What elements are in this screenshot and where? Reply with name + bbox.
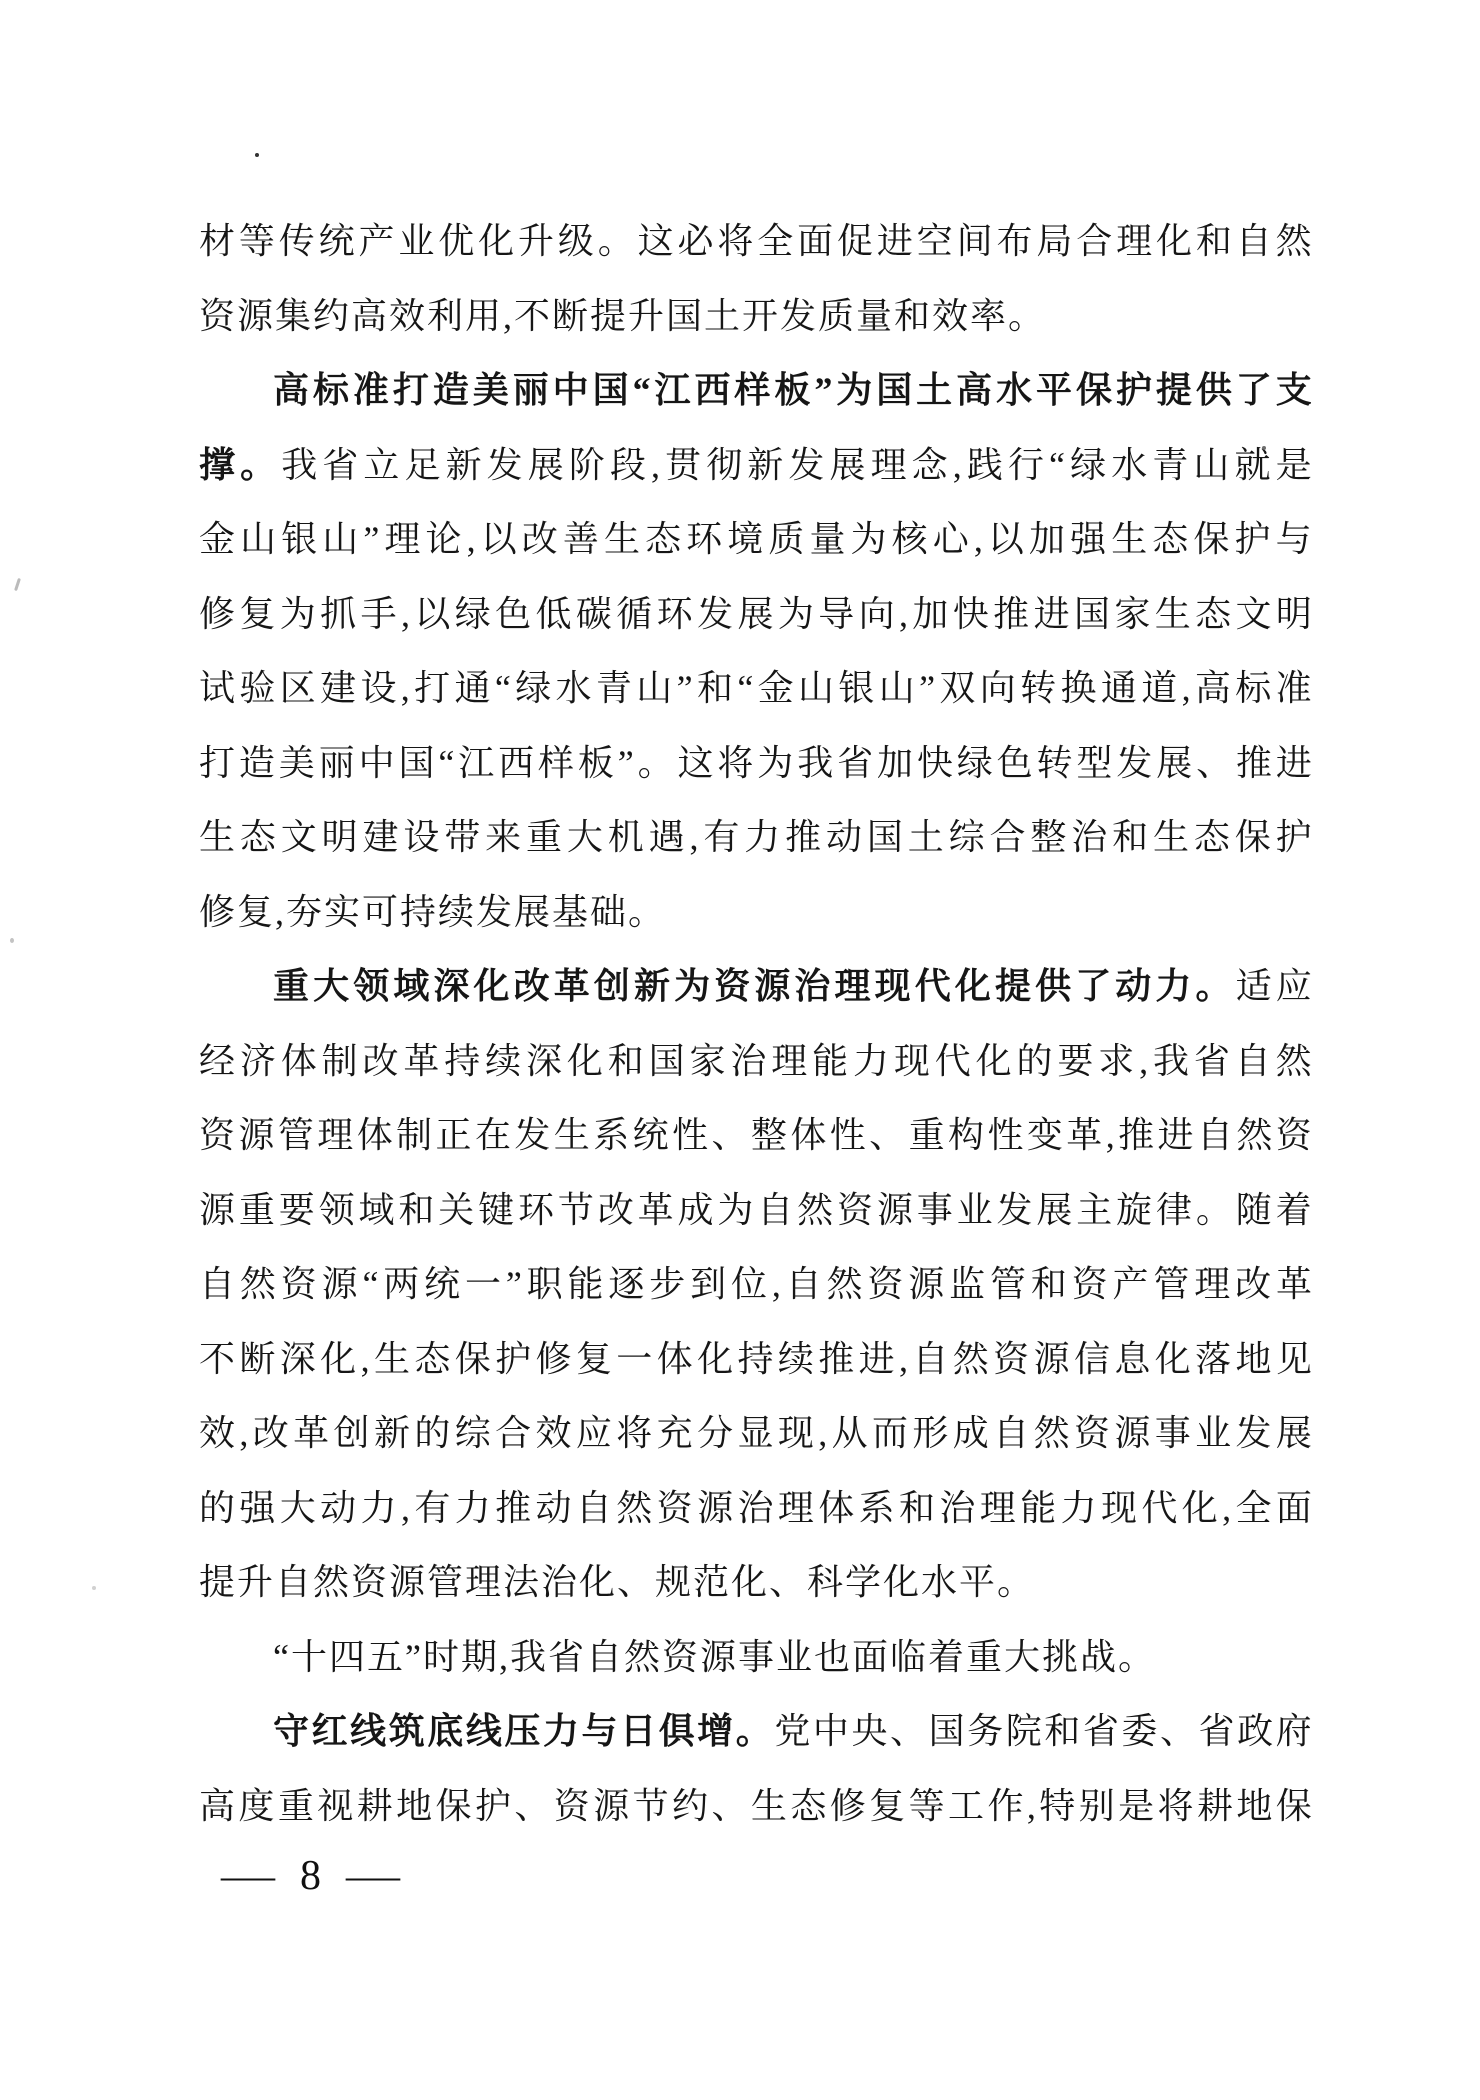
text-char: 。 — [638, 726, 674, 801]
text-char: 重 — [909, 1098, 945, 1173]
text-char: 源 — [199, 1173, 235, 1248]
text-char: 理 — [1194, 1247, 1230, 1322]
text-char: 源 — [1034, 1322, 1070, 1397]
text-char: 生 — [374, 1322, 410, 1397]
text-char: 生 — [1153, 800, 1189, 875]
text-char: 省 — [1083, 1694, 1119, 1769]
text-segment: “十四五”时期,我省自然资源事业也面临着重大挑战。 — [273, 1637, 1156, 1677]
bold-text-char: 治 — [794, 949, 830, 1024]
text-char: 核 — [892, 502, 928, 577]
bold-text-char: 美 — [473, 353, 509, 428]
text-char: 发 — [997, 1173, 1033, 1248]
bold-text-char: 大 — [313, 949, 349, 1024]
text-char: 态 — [1194, 800, 1230, 875]
text-char: 、 — [711, 1098, 747, 1173]
text-char: 自 — [912, 1322, 948, 1397]
text-char: 保 — [1193, 502, 1229, 577]
text-char: 加 — [1029, 502, 1065, 577]
text-char: 双 — [939, 651, 975, 726]
text-char: 省 — [1194, 1024, 1230, 1099]
text-char: 统 — [424, 1247, 460, 1322]
text-char: 善 — [563, 502, 599, 577]
text-char: 银 — [281, 502, 317, 577]
text-char: 资 — [199, 1098, 235, 1173]
scan-speck — [10, 938, 14, 943]
text-char: 推 — [495, 1471, 531, 1546]
text-char: 道 — [1141, 651, 1177, 726]
text-char: 改 — [598, 1173, 634, 1248]
text-char: 推 — [993, 577, 1029, 652]
text-char: 资 — [1276, 1098, 1312, 1173]
text-char: 论 — [426, 502, 462, 577]
text-char: 态 — [645, 502, 681, 577]
document-line: 高标准打造美丽中国“江西样板”为国土高水平保护提供了支 — [199, 353, 1312, 428]
text-char: 资 — [1072, 1247, 1108, 1322]
text-char: 以 — [414, 577, 450, 652]
text-char: 。 — [1196, 1173, 1232, 1248]
text-char: 作 — [987, 1769, 1023, 1844]
text-char: 大 — [567, 800, 603, 875]
text-char: 我 — [797, 726, 833, 801]
text-char: 两 — [383, 1247, 419, 1322]
bold-text-char: 标 — [313, 353, 349, 428]
document-line: 的强大动力,有力推动自然资源治理体系和治理能力现代化,全面 — [199, 1471, 1312, 1546]
text-char: 以 — [481, 502, 517, 577]
text-char: 动 — [826, 800, 862, 875]
bold-text-char: 日 — [620, 1694, 656, 1769]
text-char: 特 — [1039, 1769, 1075, 1844]
text-char: 治 — [939, 1471, 975, 1546]
text-char: 源 — [908, 1247, 944, 1322]
text-char: , — [467, 502, 476, 577]
text-char: 统 — [633, 1098, 669, 1173]
document-line: 源重要领域和关键环节改革成为自然资源事业发展主旋律。随着 — [199, 1173, 1312, 1248]
text-char: 化 — [320, 1322, 356, 1397]
text-char: 创 — [334, 1396, 370, 1471]
text-char: 政 — [1237, 1694, 1273, 1769]
text-char: 推 — [1118, 1098, 1154, 1173]
text-char: 而 — [872, 1396, 908, 1471]
text-char: 别 — [1079, 1769, 1115, 1844]
text-char: 向 — [980, 651, 1016, 726]
text-char: 省 — [1199, 1694, 1235, 1769]
text-char: 持 — [737, 1322, 773, 1397]
text-char: 性 — [672, 1098, 708, 1173]
text-char: 遇 — [649, 800, 685, 875]
bold-text-char: 土 — [916, 353, 952, 428]
text-char: 推 — [785, 800, 821, 875]
text-char: 系 — [859, 1471, 895, 1546]
text-char: 节 — [558, 1173, 594, 1248]
bold-text-char: 护 — [1116, 353, 1152, 428]
bold-text-char: 平 — [1036, 353, 1072, 428]
text-char: 为 — [851, 502, 887, 577]
text-char: 建 — [363, 800, 399, 875]
text-char: 务 — [967, 1694, 1003, 1769]
text-char: 绿 — [957, 726, 993, 801]
text-char: 设 — [360, 651, 396, 726]
text-char: 这 — [678, 726, 714, 801]
text-char: 传 — [279, 204, 315, 279]
text-char: 足 — [404, 428, 440, 503]
text-char: 院 — [1006, 1694, 1042, 1769]
text-char: 态 — [240, 800, 276, 875]
text-char: , — [690, 800, 699, 875]
text-char: 职 — [527, 1247, 563, 1322]
text-char: 治 — [737, 1471, 773, 1546]
text-char: ” — [618, 726, 634, 801]
text-char: 业 — [957, 1173, 993, 1248]
text-char: 度 — [238, 1769, 274, 1844]
text-char: “ — [737, 651, 753, 726]
text-char: 息 — [1114, 1322, 1150, 1397]
text-char: 动 — [536, 1471, 572, 1546]
text-char: 低 — [536, 577, 572, 652]
text-char: 山 — [322, 502, 358, 577]
bold-text-char: 源 — [754, 949, 790, 1024]
text-char: 耕 — [1197, 1769, 1233, 1844]
text-char: 生 — [199, 800, 235, 875]
text-char: 理 — [1116, 204, 1152, 279]
text-char: 在 — [475, 1098, 511, 1173]
text-char: 全 — [757, 204, 793, 279]
text-char: 续 — [778, 1322, 814, 1397]
text-char: 我 — [281, 428, 317, 503]
text-char: 护 — [475, 1769, 511, 1844]
text-char: 快 — [953, 577, 989, 652]
text-char: 制 — [322, 1024, 358, 1099]
text-char: 丽 — [319, 726, 355, 801]
text-char: 理 — [778, 1471, 814, 1546]
text-char: 和 — [608, 1024, 644, 1099]
text-char: 彻 — [706, 428, 742, 503]
bold-text-char: 水 — [996, 353, 1032, 428]
bold-text-char: 化 — [474, 949, 510, 1024]
bold-text-char: 筑 — [389, 1694, 425, 1769]
text-char: 阶 — [569, 428, 605, 503]
text-char: 理 — [771, 1024, 807, 1099]
text-char: 和 — [1112, 800, 1148, 875]
text-char: 家 — [1114, 577, 1150, 652]
text-char: 监 — [949, 1247, 985, 1322]
bold-text-char: 供 — [1196, 353, 1232, 428]
text-char: 修 — [199, 577, 235, 652]
bold-text-char: 撑 — [199, 428, 235, 503]
text-char: 然 — [1276, 204, 1312, 279]
text-char: 成 — [953, 1396, 989, 1471]
text-char: 来 — [485, 800, 521, 875]
text-char: 改 — [1235, 1247, 1271, 1322]
text-char: 发 — [788, 428, 824, 503]
bold-text-char: 保 — [1076, 353, 1112, 428]
bold-text-char: 增 — [697, 1694, 733, 1769]
bold-text-char: 创 — [594, 949, 630, 1024]
text-char: 江 — [458, 726, 494, 801]
bold-text-char: 俱 — [659, 1694, 695, 1769]
bold-text-char: 动 — [1115, 949, 1151, 1024]
text-char: 自 — [1236, 204, 1272, 279]
text-char: 展 — [1276, 1396, 1312, 1471]
bold-text-char: 了 — [1236, 353, 1272, 428]
text-char: 展 — [829, 428, 865, 503]
text-char: 局 — [1036, 204, 1072, 279]
text-char: 源 — [877, 1173, 913, 1248]
text-char: 重 — [278, 1769, 314, 1844]
text-char: 和 — [899, 1471, 935, 1546]
text-char: 金 — [758, 651, 794, 726]
text-char: 机 — [608, 800, 644, 875]
text-char: 山 — [1193, 428, 1229, 503]
text-char: 性 — [987, 1098, 1023, 1173]
text-char: 银 — [838, 651, 874, 726]
text-char: 文 — [281, 800, 317, 875]
text-char: 键 — [478, 1173, 514, 1248]
text-char: 国 — [649, 1024, 685, 1099]
text-char: 水 — [556, 651, 592, 726]
text-char: 发 — [487, 428, 523, 503]
text-char: 文 — [1236, 577, 1272, 652]
text-char: 系 — [593, 1098, 629, 1173]
text-char: 自 — [993, 1396, 1029, 1471]
text-char: 资 — [554, 1769, 590, 1844]
document-line: 不断深化,生态保护修复一体化持续推进,自然资源信息化落地见 — [199, 1322, 1312, 1397]
text-char: 新 — [747, 428, 783, 503]
text-char: 然 — [953, 1322, 989, 1397]
text-char: 转 — [1037, 726, 1073, 801]
text-char: 源 — [697, 1471, 733, 1546]
text-char: 转 — [1020, 651, 1056, 726]
bold-text-char: 高 — [273, 353, 309, 428]
text-char: , — [1222, 1471, 1231, 1546]
text-char: 地 — [1236, 1769, 1272, 1844]
text-char: 有 — [703, 800, 739, 875]
bold-text-char: 中 — [553, 353, 589, 428]
bold-text-char: 守 — [273, 1694, 309, 1769]
text-char: 国 — [929, 1694, 965, 1769]
text-char: ” — [677, 651, 693, 726]
text-char: 业 — [398, 204, 434, 279]
text-char: 发 — [1116, 726, 1152, 801]
text-char: 续 — [485, 1024, 521, 1099]
document-line: 修复,夯实可持续发展基础。 — [199, 875, 1312, 950]
text-char: 带 — [444, 800, 480, 875]
text-char: 源 — [322, 1247, 358, 1322]
text-char: 充 — [657, 1396, 693, 1471]
bold-text-char: 红 — [312, 1694, 348, 1769]
text-char: 领 — [319, 1173, 355, 1248]
bold-text-char: ” — [814, 353, 832, 428]
text-char: 强 — [1070, 502, 1106, 577]
text-char: 然 — [797, 1173, 833, 1248]
text-char: 旋 — [1116, 1173, 1152, 1248]
document-page: 材等传统产业优化升级。这必将全面促进空间布局合理化和自然资源集约高效利用,不断提… — [0, 0, 1480, 2100]
text-char: 大 — [280, 1471, 316, 1546]
text-char: 步 — [649, 1247, 685, 1322]
text-char: , — [974, 502, 983, 577]
text-char: 是 — [1118, 1769, 1154, 1844]
text-char: 、 — [514, 1769, 550, 1844]
document-line: 自然资源“两统一”职能逐步到位,自然资源监管和资产管理改革 — [199, 1247, 1312, 1322]
text-char: 化 — [976, 1024, 1012, 1099]
bold-text-char: 。 — [240, 428, 276, 503]
text-char: 显 — [737, 1396, 773, 1471]
text-char: 是 — [1276, 428, 1312, 503]
text-char: 、 — [711, 1769, 747, 1844]
text-char: , — [899, 577, 908, 652]
text-char: 手 — [361, 577, 397, 652]
text-char: , — [1182, 651, 1191, 726]
text-char: 资 — [837, 1173, 873, 1248]
text-char: 和 — [398, 1173, 434, 1248]
bold-text-char: 压 — [504, 1694, 540, 1769]
bold-text-char: 。 — [1196, 949, 1232, 1024]
bold-text-char: 与 — [582, 1694, 618, 1769]
bold-text-char: 打 — [393, 353, 429, 428]
text-char: 推 — [818, 1322, 854, 1397]
text-char: 土 — [908, 800, 944, 875]
text-char: 要 — [1057, 1024, 1093, 1099]
text-char: 资 — [1074, 1396, 1110, 1471]
text-char: 管 — [990, 1247, 1026, 1322]
text-char: 委 — [1121, 1694, 1157, 1769]
text-char: 关 — [438, 1173, 474, 1248]
text-char: 青 — [596, 651, 632, 726]
document-line: 材等传统产业优化升级。这必将全面促进空间布局合理化和自然 — [199, 204, 1312, 279]
text-char: 进 — [1158, 1098, 1194, 1173]
text-char: 体 — [790, 1098, 826, 1173]
text-char: 能 — [568, 1247, 604, 1322]
text-char: 美 — [279, 726, 315, 801]
text-char: 力 — [744, 800, 780, 875]
bold-text-char: 新 — [634, 949, 670, 1024]
bold-text-char: 提 — [995, 949, 1031, 1024]
bold-text-char: 域 — [393, 949, 429, 1024]
text-char: 从 — [832, 1396, 868, 1471]
text-char: 展 — [737, 577, 773, 652]
text-char: 然 — [1236, 1098, 1272, 1173]
text-char: 进 — [859, 1322, 895, 1397]
text-char: 板 — [578, 726, 614, 801]
text-char: 保 — [455, 1322, 491, 1397]
document-line: 提升自然资源管理法治化、规范化、科学化水平。 — [199, 1545, 1312, 1620]
text-char: 的 — [199, 1471, 235, 1546]
text-char: 现 — [1101, 1471, 1137, 1546]
text-char: 持 — [444, 1024, 480, 1099]
text-char: 就 — [1234, 428, 1270, 503]
text-char: 准 — [1276, 651, 1312, 726]
page-number: 8 — [300, 1853, 321, 1899]
text-char: 革 — [638, 1173, 674, 1248]
text-char: 自 — [786, 1247, 822, 1322]
text-char: , — [818, 1396, 827, 1471]
text-char: “ — [438, 726, 454, 801]
text-char: 循 — [616, 577, 652, 652]
text-char: 适 — [1236, 949, 1272, 1024]
text-char: 我 — [1153, 1024, 1189, 1099]
text-char: 现 — [778, 1396, 814, 1471]
text-char: , — [651, 428, 660, 503]
text-char: 力 — [455, 1471, 491, 1546]
text-char: 和 — [1044, 1694, 1080, 1769]
text-char: 理 — [871, 428, 907, 503]
text-char: 到 — [690, 1247, 726, 1322]
text-char: 改 — [253, 1396, 289, 1471]
text-char: 进 — [1034, 577, 1070, 652]
bold-text-char: 重 — [273, 949, 309, 1024]
text-char: 综 — [949, 800, 985, 875]
text-char: 将 — [616, 1396, 652, 1471]
text-char: 环 — [686, 502, 722, 577]
bold-text-char: 线 — [350, 1694, 386, 1769]
text-char: 理 — [980, 1471, 1016, 1546]
text-char: 工 — [948, 1769, 984, 1844]
text-char: 综 — [455, 1396, 491, 1471]
text-char: 国 — [867, 800, 903, 875]
text-char: 山 — [879, 651, 915, 726]
text-char: 型 — [1076, 726, 1112, 801]
text-char: 展 — [1156, 726, 1192, 801]
text-char: 力 — [853, 1024, 889, 1099]
text-char: 试 — [199, 651, 235, 726]
text-char: 必 — [678, 204, 714, 279]
text-char: 应 — [1276, 949, 1312, 1024]
text-char: 中 — [813, 1694, 849, 1769]
text-char: 修 — [830, 1769, 866, 1844]
text-char: 源 — [238, 1098, 274, 1173]
text-char: 变 — [1027, 1098, 1063, 1173]
text-char: 新 — [374, 1396, 410, 1471]
text-char: 自 — [1235, 1024, 1271, 1099]
bold-text-char: 革 — [554, 949, 590, 1024]
document-line: 修复为抓手,以绿色低碳循环发展为导向,加快推进国家生态文明 — [199, 577, 1312, 652]
text-char: 主 — [1076, 1173, 1112, 1248]
text-char: 然 — [827, 1247, 863, 1322]
text-char: 进 — [877, 204, 913, 279]
bold-text-char: 改 — [514, 949, 550, 1024]
text-char: 省 — [322, 428, 358, 503]
bold-text-char: 国 — [876, 353, 912, 428]
text-char: 然 — [616, 1471, 652, 1546]
text-char: 有 — [414, 1471, 450, 1546]
text-char: 修 — [536, 1322, 572, 1397]
text-char: 复 — [576, 1322, 612, 1397]
text-char: 山 — [240, 502, 276, 577]
text-char: 重 — [526, 800, 562, 875]
text-char: 山 — [636, 651, 672, 726]
text-char: 统 — [319, 204, 355, 279]
text-char: 事 — [1155, 1396, 1191, 1471]
text-char: 将 — [717, 726, 753, 801]
text-char: 、 — [869, 1098, 905, 1173]
text-char: 将 — [1158, 1769, 1194, 1844]
text-char: 资 — [657, 1471, 693, 1546]
text-char: 验 — [239, 651, 275, 726]
document-line: 经济体制改革持续深化和国家治理能力现代化的要求,我省自然 — [199, 1024, 1312, 1099]
text-char: 升 — [518, 204, 554, 279]
text-char: 与 — [1276, 502, 1312, 577]
text-char: 管 — [1153, 1247, 1189, 1322]
text-char: 行 — [1008, 428, 1044, 503]
text-char: 态 — [1152, 502, 1188, 577]
text-char: 生 — [1111, 502, 1147, 577]
text-char: 通 — [455, 651, 491, 726]
document-line: 金山银山”理论,以改善生态环境质量为核心,以加强生态保护与 — [199, 502, 1312, 577]
scan-speck — [92, 1586, 96, 1590]
text-char: 一 — [616, 1322, 652, 1397]
text-char: 高 — [1195, 651, 1231, 726]
text-char: 质 — [768, 502, 804, 577]
text-char: 绿 — [1070, 428, 1106, 503]
